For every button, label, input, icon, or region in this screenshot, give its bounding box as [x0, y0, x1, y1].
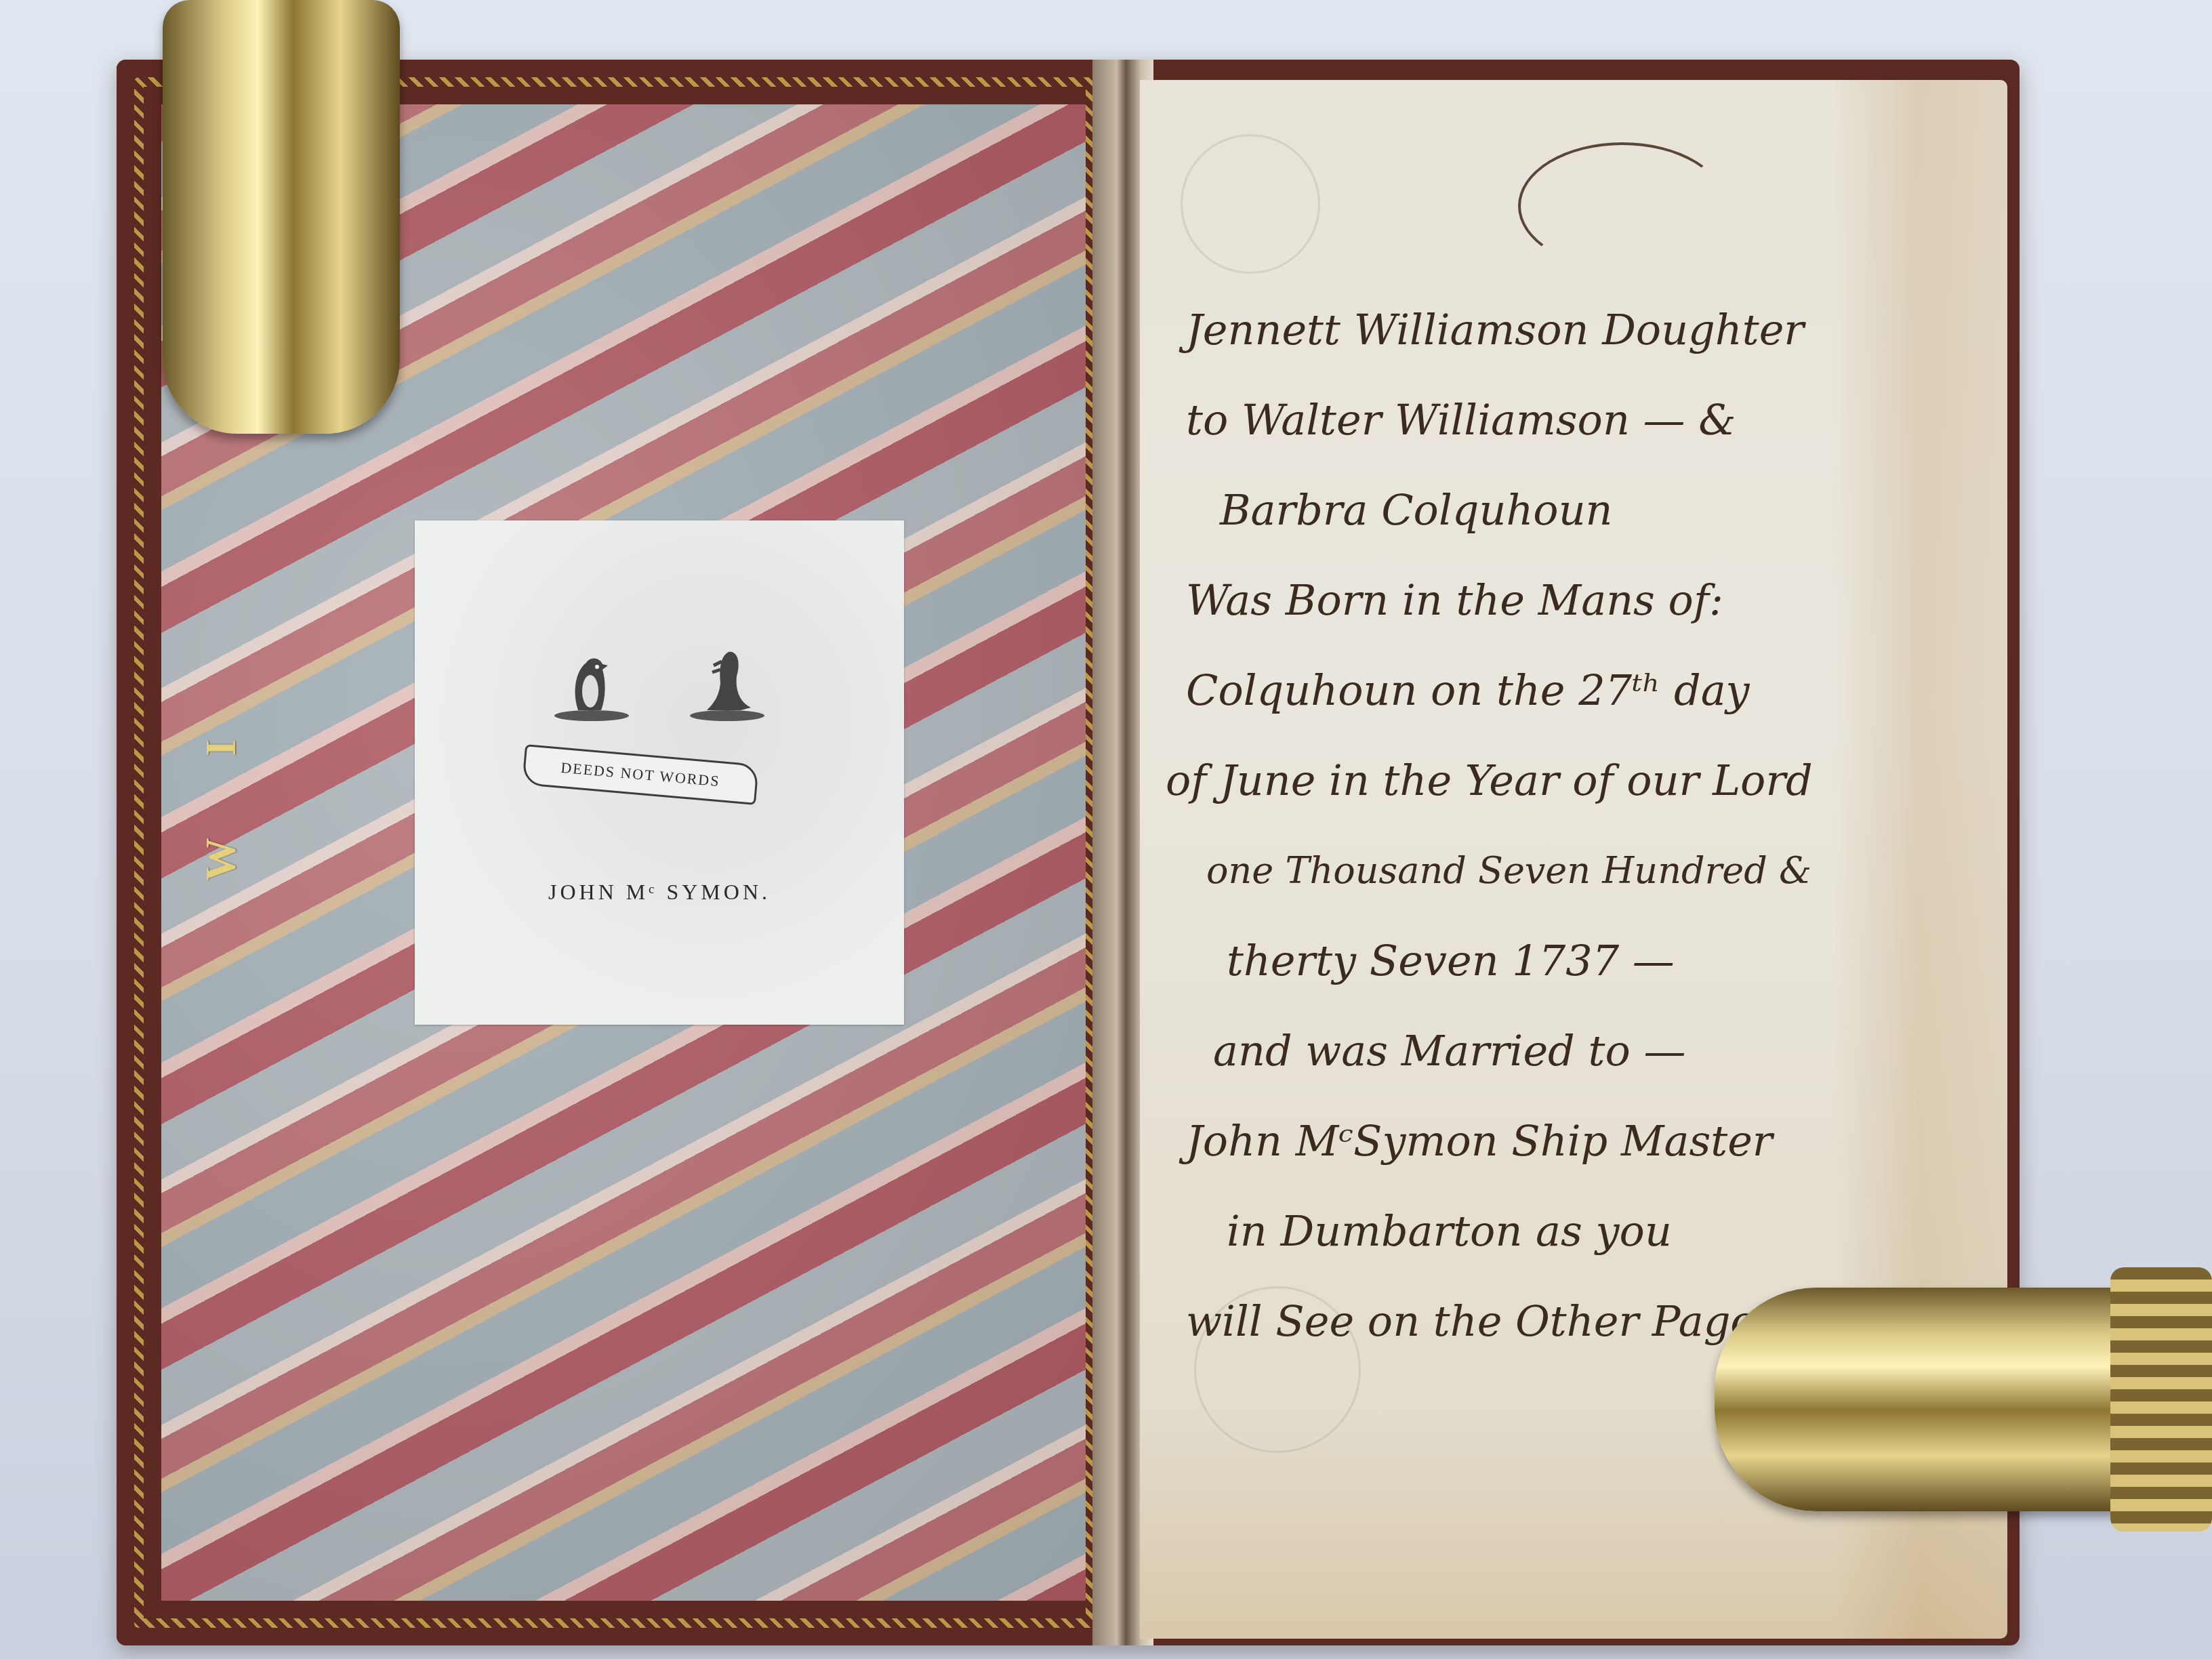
- inscription-line: one Thousand Seven Hundred &: [1186, 825, 2067, 916]
- inscription-line: Jennett Williamson Doughter: [1186, 285, 2067, 375]
- spine-initials: W I: [194, 678, 248, 881]
- pen-flourish: [1518, 142, 1727, 270]
- bookplate: DEEDS NOT WORDS JOHN Mᶜ SYMON.: [415, 520, 904, 1025]
- foxing-stain: [1181, 134, 1320, 274]
- inscription-line: to Walter Williamson — &: [1186, 375, 2067, 465]
- bookplate-owner-name: JOHN Mᶜ SYMON.: [415, 880, 904, 905]
- inscription-line: Was Born in the Mans of:: [1186, 555, 2067, 645]
- inscription-line: of June in the Year of our Lord: [1166, 735, 2067, 825]
- motto-ribbon: DEEDS NOT WORDS: [522, 744, 759, 805]
- inscription-line: therty Seven 1737 —: [1186, 916, 2067, 1006]
- crest-row: [415, 642, 904, 724]
- inscription-line: Colquhoun on the 27ᵗʰ day: [1186, 645, 2067, 735]
- inscription-line: Barbra Colquhoun: [1186, 465, 2067, 555]
- initial-i: I: [196, 658, 246, 756]
- initial-w: W: [196, 756, 246, 881]
- claw-crest-icon: [687, 642, 768, 724]
- inscription-line: and was Married to —: [1186, 1006, 2067, 1096]
- handwritten-inscription: Jennett Williamson Doughter to Walter Wi…: [1186, 285, 2067, 1366]
- inscription-line: in Dumbarton as you: [1186, 1186, 2067, 1276]
- inscription-line: John MᶜSymon Ship Master: [1186, 1096, 2067, 1186]
- bird-crest-icon: [551, 642, 632, 724]
- brass-hand-weight-bottom: [1715, 1288, 2212, 1511]
- brass-hand-weight-top: [163, 0, 400, 434]
- ornate-cuff: [2110, 1267, 2212, 1532]
